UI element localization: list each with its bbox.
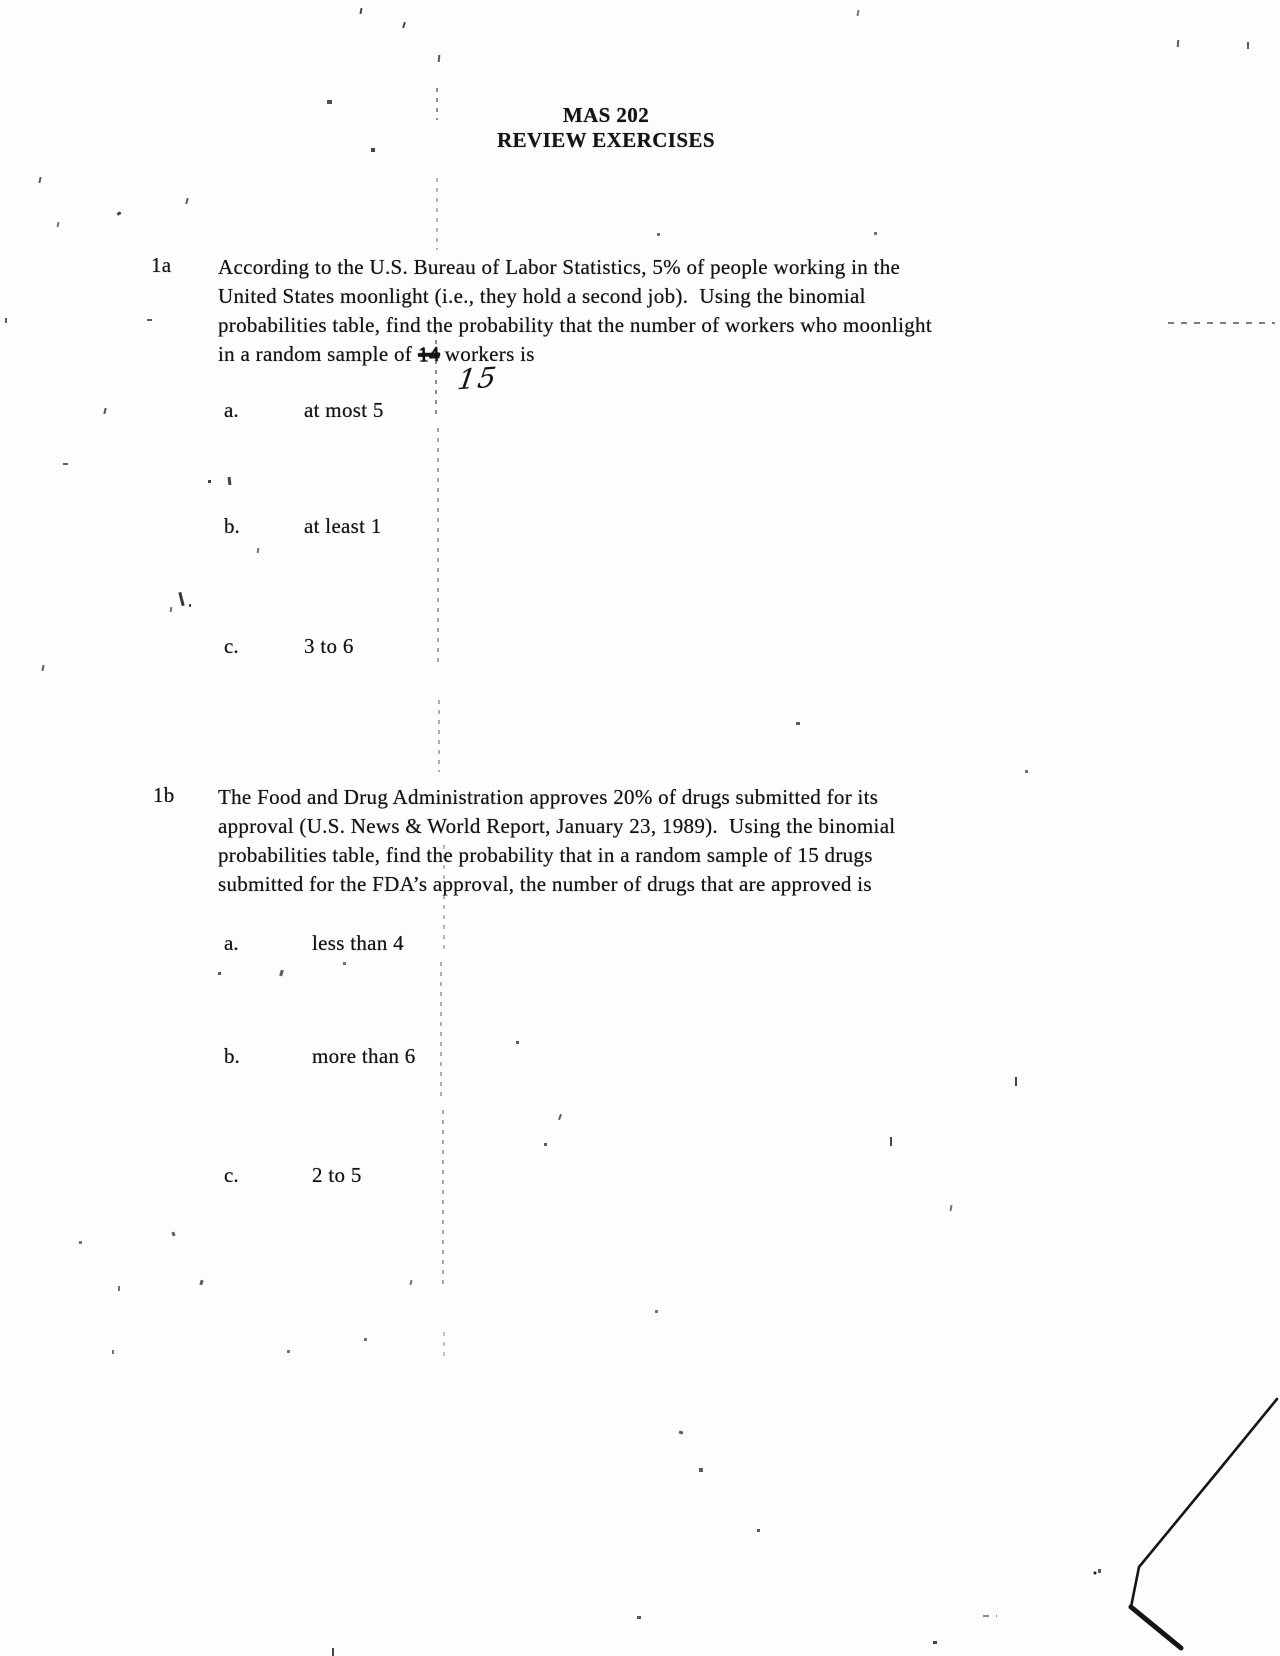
fold-crease-segment <box>440 962 442 1102</box>
scan-speck <box>79 1241 82 1244</box>
scan-speck <box>332 1648 334 1656</box>
scan-speck <box>171 1232 175 1237</box>
question-1a-option-c: c. 3 to 6 <box>0 634 1280 664</box>
handwritten-correction: 15 <box>455 361 500 397</box>
scan-speck <box>118 1286 120 1291</box>
scan-speck <box>287 1350 290 1353</box>
scan-speck <box>327 100 332 104</box>
fold-crease-segment <box>443 1332 445 1358</box>
scan-speck <box>699 1468 703 1472</box>
scan-crease-line <box>1080 1390 1280 1656</box>
scan-speck <box>409 1280 412 1285</box>
scan-speck <box>949 1205 952 1211</box>
fold-crease-segment <box>436 178 438 250</box>
fold-crease-segment <box>437 428 439 666</box>
scan-speck <box>637 1616 641 1619</box>
question-1a-option-b: b. at least 1 <box>0 514 1280 544</box>
scan-speck <box>359 8 362 14</box>
scan-speck <box>279 970 284 977</box>
scan-speck <box>796 722 800 725</box>
scan-speck <box>757 1529 760 1532</box>
question-1b-option-a: a. less than 4 <box>0 931 1280 961</box>
scan-speck <box>185 198 188 204</box>
scan-speck <box>856 10 859 16</box>
scan-speck <box>170 607 173 612</box>
scan-speck <box>228 477 232 485</box>
scan-speck <box>1025 770 1028 773</box>
scan-speck <box>1098 1569 1101 1573</box>
scan-speck <box>208 480 211 483</box>
scan-speck <box>438 55 441 62</box>
question-1a-option-a: a. at most 5 <box>0 398 1280 428</box>
margin-dash-artifact <box>1168 322 1275 324</box>
fold-crease-segment <box>435 330 437 418</box>
scan-speck <box>558 1114 562 1120</box>
question-1b-text: The Food and Drug Administration approve… <box>218 783 895 899</box>
fold-crease-segment <box>436 88 438 120</box>
scan-speck <box>343 962 346 965</box>
scan-speck <box>57 222 60 227</box>
fold-crease-segment <box>443 845 445 953</box>
scan-speck <box>657 233 660 236</box>
scan-speck <box>890 1137 892 1146</box>
scan-speck <box>1015 1077 1017 1086</box>
scan-speck <box>38 177 41 183</box>
question-1b-option-b: b. more than 6 <box>0 1044 1280 1074</box>
course-code: MAS 202 <box>0 103 1246 128</box>
scan-speck <box>41 665 44 671</box>
scan-speck <box>1177 40 1180 47</box>
bottom-dash-artifact <box>983 1615 997 1617</box>
question-1a-number: 1a <box>151 253 171 278</box>
scan-speck <box>1247 42 1249 49</box>
scan-speck <box>63 463 68 465</box>
scan-speck <box>544 1143 547 1146</box>
scan-speck <box>5 318 7 323</box>
fold-crease-segment <box>438 700 440 772</box>
question-1b-option-c: c. 2 to 5 <box>0 1163 1280 1193</box>
question-1b-number: 1b <box>153 783 175 808</box>
fold-crease-segment <box>442 1110 444 1285</box>
question-1a-text: According to the U.S. Bureau of Labor St… <box>218 253 932 369</box>
scan-speck <box>364 1338 367 1341</box>
scanned-document-page: MAS 202 REVIEW EXERCISES 1a According to… <box>0 0 1280 1656</box>
question-1a-line4: in a random sample of 14 workers is <box>218 340 932 369</box>
scan-speck <box>117 211 122 216</box>
scan-speck <box>257 548 260 553</box>
scan-speck <box>655 1310 658 1313</box>
document-subtitle: REVIEW EXERCISES <box>0 128 1246 153</box>
scan-speck <box>112 1350 114 1354</box>
document-title: MAS 202 REVIEW EXERCISES <box>0 103 1246 153</box>
scan-speck <box>933 1641 937 1644</box>
scan-speck <box>178 592 184 606</box>
scan-speck <box>516 1041 519 1044</box>
scan-speck <box>679 1430 684 1434</box>
scan-speck <box>371 148 375 152</box>
scan-speck <box>147 319 152 321</box>
scan-speck <box>218 972 221 975</box>
scan-speck <box>874 232 877 235</box>
scan-speck <box>199 1280 203 1286</box>
scan-speck <box>189 604 191 607</box>
scan-speck <box>402 22 406 28</box>
